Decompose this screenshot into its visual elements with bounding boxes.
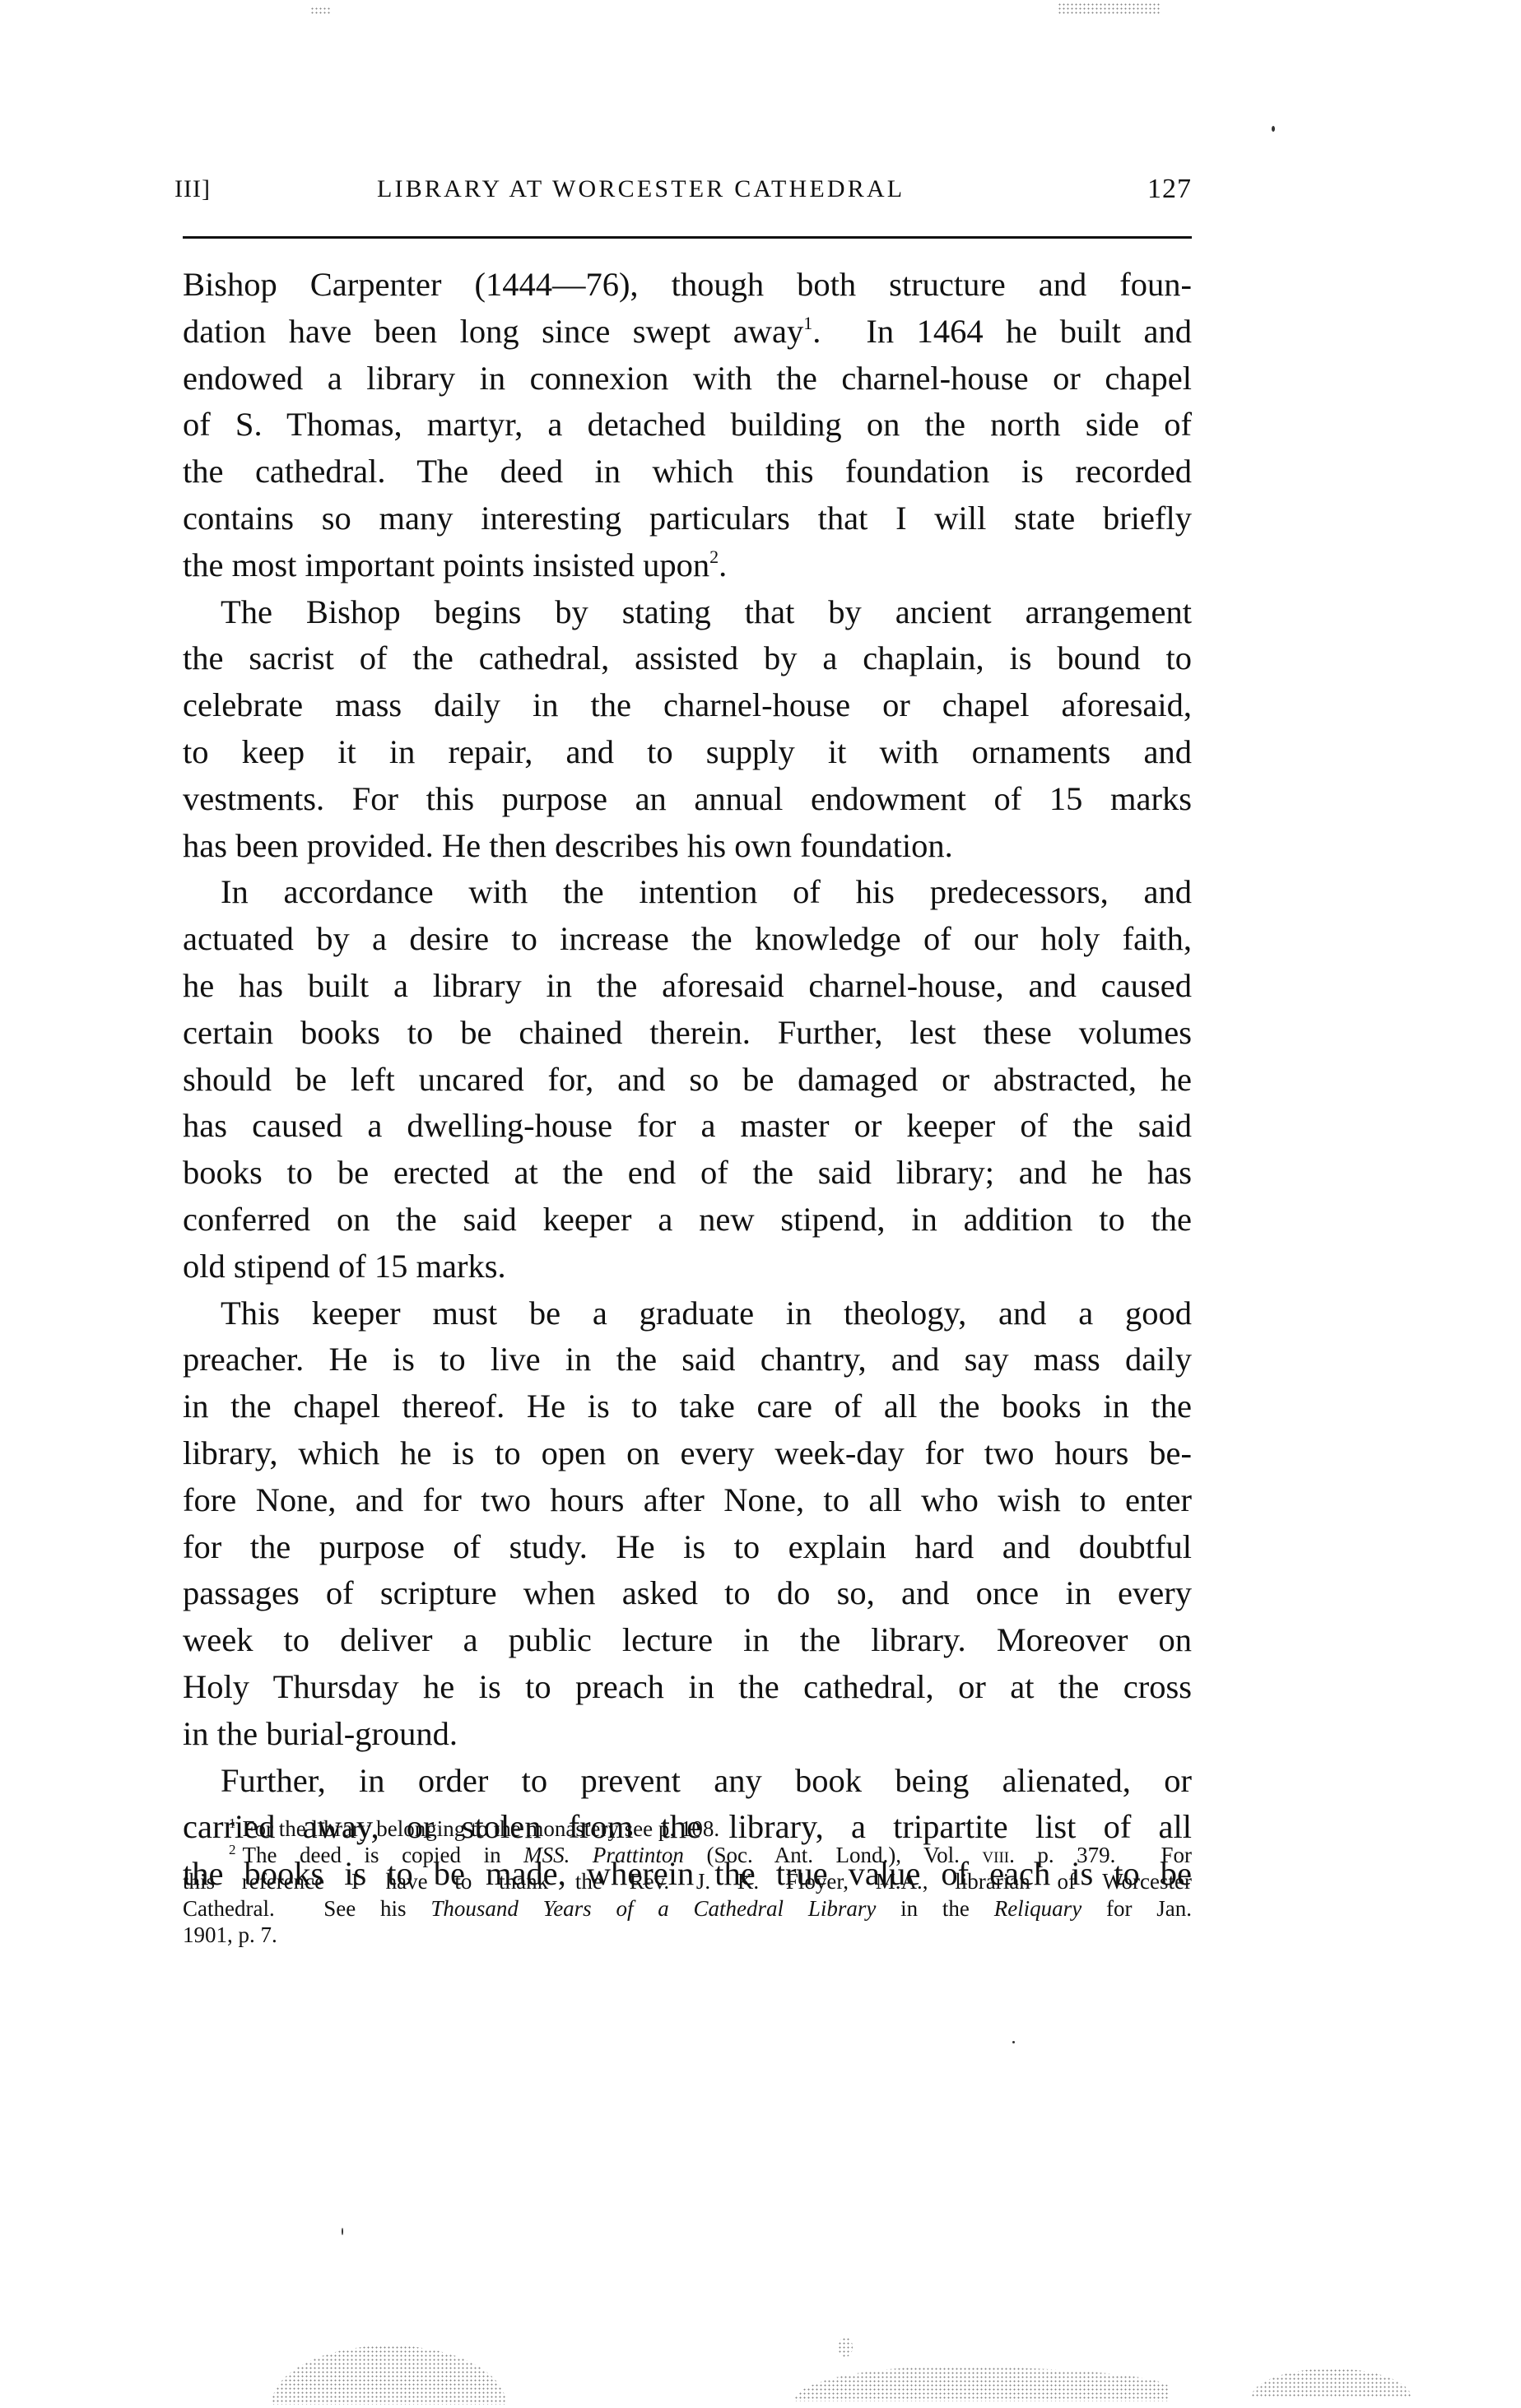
scan-speck <box>342 2228 343 2235</box>
text-line: preacher. He is to live in the said chan… <box>183 1336 1192 1383</box>
scan-smudge-top-right <box>1058 2 1161 16</box>
text-line: week to deliver a public lecture in the … <box>183 1617 1192 1664</box>
text-line: actuated by a desire to increase the kno… <box>183 916 1192 963</box>
footnote-line: 2The deed is copied in MSS. Prattinton (… <box>183 1842 1192 1868</box>
paragraph: This keeper must be a graduate in theolo… <box>183 1290 1192 1758</box>
text-line: of S. Thomas, martyr, a detached buildin… <box>183 402 1192 449</box>
text-line: has been provided. He then describes his… <box>183 823 1192 870</box>
running-title: LIBRARY AT WORCESTER CATHEDRAL <box>377 170 905 209</box>
text-line: has caused a dwelling-house for a master… <box>183 1103 1192 1150</box>
text-line: dation have been long since swept away1.… <box>183 309 1192 356</box>
running-head: III] LIBRARY AT WORCESTER CATHEDRAL 127 <box>174 170 1192 209</box>
footnote-marker: 2 <box>229 1842 236 1857</box>
text-line: the cathedral. The deed in which this fo… <box>183 449 1192 495</box>
text-line: in the burial-ground. <box>183 1711 1192 1758</box>
text-line: Further, in order to prevent any book be… <box>183 1758 1192 1805</box>
book-page: III] LIBRARY AT WORCESTER CATHEDRAL 127 … <box>0 0 1521 2408</box>
italic-title: Reliquary <box>994 1896 1081 1921</box>
text-line: This keeper must be a graduate in theolo… <box>183 1290 1192 1337</box>
text-fragment: in the <box>876 1896 993 1921</box>
text-line: The Bishop begins by stating that by anc… <box>183 589 1192 636</box>
text-fragment: the most important points insisted upon <box>183 546 709 583</box>
scan-speck <box>1272 126 1275 132</box>
text-line: Bishop Carpenter (1444—76), though both … <box>183 262 1192 309</box>
footnote-2: 2The deed is copied in MSS. Prattinton (… <box>183 1842 1192 1948</box>
text-line: should be left uncared for, and so be da… <box>183 1057 1192 1104</box>
text-line: old stipend of 15 marks. <box>183 1244 1192 1290</box>
footnote-line: this reference I have to thank the Rev. … <box>183 1868 1192 1894</box>
chapter-number: III] <box>174 170 211 209</box>
footnote-line: Cathedral. See his Thousand Years of a C… <box>183 1895 1192 1922</box>
paragraph: The Bishop begins by stating that by anc… <box>183 589 1192 870</box>
text-line: to keep it in repair, and to supply it w… <box>183 729 1192 776</box>
text-line: celebrate mass daily in the charnel-hous… <box>183 682 1192 729</box>
text-line: he has built a library in the aforesaid … <box>183 963 1192 1010</box>
footnote-ref-1[interactable]: 1 <box>803 313 812 333</box>
footnote-line: 1901, p. 7. <box>183 1922 1192 1948</box>
italic-title: MSS. Prattinton <box>523 1843 684 1867</box>
text-line: the most important points insisted upon2… <box>183 542 1192 589</box>
body-text: Bishop Carpenter (1444—76), though both … <box>183 262 1192 1898</box>
text-line: Holy Thursday he is to preach in the cat… <box>183 1664 1192 1711</box>
italic-title: Thousand Years of a Cathedral Library <box>430 1896 876 1921</box>
footnote-ref-2[interactable]: 2 <box>709 546 719 567</box>
paragraph: In accordance with the intention of his … <box>183 869 1192 1290</box>
text-fragment: Cathedral. See his <box>183 1896 430 1921</box>
text-fragment: dation have been long since swept away <box>183 313 803 350</box>
text-fragment: . <box>719 546 727 583</box>
page-number: 127 <box>1147 170 1192 209</box>
paragraph: Bishop Carpenter (1444—76), though both … <box>183 262 1192 589</box>
text-line: books to be erected at the end of the sa… <box>183 1150 1192 1197</box>
text-line: passages of scripture when asked to do s… <box>183 1570 1192 1617</box>
footnote-line: 1For the library belonging to the monast… <box>183 1815 1192 1842</box>
scan-smudge-bottom-center <box>794 2367 1169 2401</box>
text-fragment: (Soc. Ant. Lond.), Vol. viii. p. 379. Fo… <box>684 1843 1192 1867</box>
text-line: certain books to be chained therein. Fur… <box>183 1010 1192 1057</box>
footnotes: 1For the library belonging to the monast… <box>183 1815 1192 1948</box>
scan-smudge-bottom-left <box>272 2345 506 2405</box>
text-line: the sacrist of the cathedral, assisted b… <box>183 635 1192 682</box>
text-line: endowed a library in connexion with the … <box>183 356 1192 402</box>
text-fragment: . In 1464 he built and <box>812 313 1192 350</box>
scan-smudge-top-left <box>310 7 330 15</box>
scan-smudge-bottom-dot <box>838 2337 853 2357</box>
footnote-1: 1For the library belonging to the monast… <box>183 1815 1192 1842</box>
text-fragment: The deed is copied in <box>243 1843 524 1867</box>
text-line: conferred on the said keeper a new stipe… <box>183 1197 1192 1244</box>
text-line: In accordance with the intention of his … <box>183 869 1192 916</box>
text-fragment: for Jan. <box>1081 1896 1192 1921</box>
text-line: vestments. For this purpose an annual en… <box>183 776 1192 823</box>
text-line: fore None, and for two hours after None,… <box>183 1477 1192 1524</box>
scan-speck <box>1012 2041 1015 2043</box>
header-rule <box>183 236 1192 239</box>
text-line: library, which he is to open on every we… <box>183 1430 1192 1477</box>
text-line: contains so many interesting particulars… <box>183 495 1192 542</box>
text-line: for the purpose of study. He is to expla… <box>183 1524 1192 1571</box>
footnote-text: For the library belonging to the monaste… <box>243 1816 720 1841</box>
text-line: in the chapel thereof. He is to take car… <box>183 1383 1192 1430</box>
footnote-marker: 1 <box>229 1815 236 1831</box>
scan-smudge-bottom-right <box>1251 2368 1412 2398</box>
